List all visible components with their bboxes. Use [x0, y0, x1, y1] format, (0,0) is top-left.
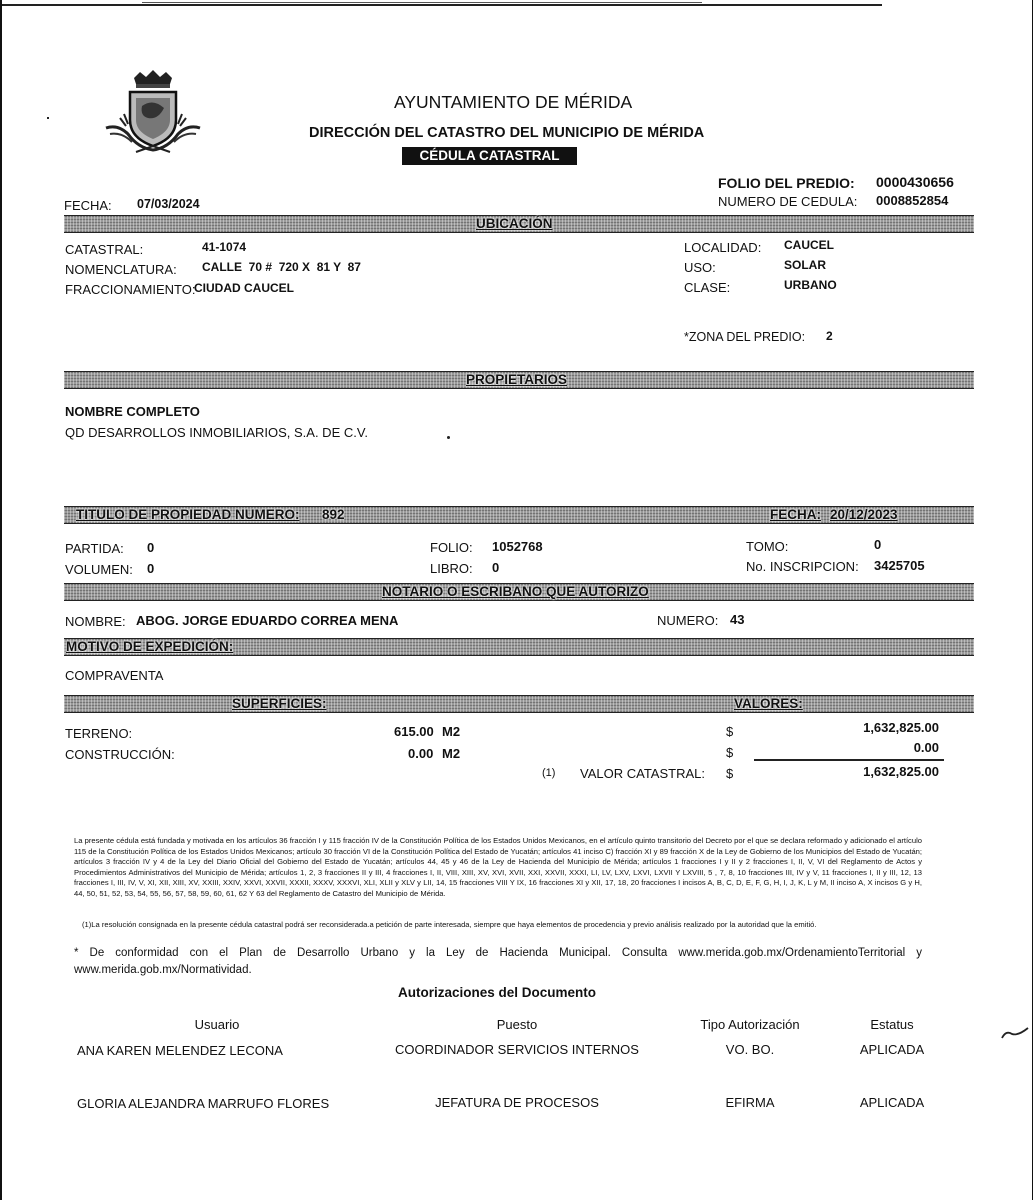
terreno-unit: M2: [442, 724, 460, 739]
folio-predio-label: FOLIO DEL PREDIO:: [718, 175, 855, 191]
fraccionamiento-label: FRACCIONAMIENTO:: [65, 282, 196, 297]
legal-reconsideracion: (1)La resolución consignada en la presen…: [74, 920, 922, 931]
clase-value: URBANO: [784, 278, 837, 292]
row-tipo: VO. BO.: [680, 1042, 820, 1057]
numero-cedula-value: 0008852854: [876, 193, 948, 208]
column-header-puesto: Puesto: [442, 1017, 592, 1032]
document-title: CÉDULA CATASTRAL: [402, 147, 577, 165]
tomo-value: 0: [874, 537, 881, 552]
section-title-motivo: MOTIVO DE EXPEDICIÓN:: [66, 639, 233, 655]
fecha-value: 07/03/2024: [137, 197, 200, 211]
section-title-ubicacion: UBICACIÓN: [476, 216, 553, 232]
legal-conformidad: * De conformidad con el Plan de Desarrol…: [74, 945, 922, 979]
construccion-area: 0.00: [408, 746, 433, 761]
construccion-currency: $: [726, 745, 733, 760]
inscripcion-label: No. INSCRIPCION:: [746, 559, 859, 574]
autorizaciones-title: Autorizaciones del Documento: [398, 985, 596, 1000]
row-puesto: JEFATURA DE PROCESOS: [367, 1095, 667, 1110]
row-estatus: APLICADA: [832, 1095, 952, 1110]
column-header-tipo: Tipo Autorización: [680, 1017, 820, 1032]
fecha-label: FECHA:: [64, 198, 112, 213]
section-band-notario: NOTARIO O ESCRIBANO QUE AUTORIZO: [64, 583, 974, 601]
row-tipo: EFIRMA: [680, 1095, 820, 1110]
legal-fundamento: La presente cédula está fundada y motiva…: [74, 836, 922, 900]
motivo-value: COMPRAVENTA: [65, 668, 163, 683]
uso-value: SOLAR: [784, 258, 826, 272]
volumen-label: VOLUMEN:: [65, 562, 133, 577]
partida-value: 0: [147, 540, 154, 555]
terreno-area: 615.00: [394, 724, 434, 739]
section-title-valores: VALORES:: [734, 696, 803, 712]
section-band-superficies: SUPERFICIES: VALORES:: [64, 695, 974, 713]
coat-of-arms-icon: [98, 68, 208, 158]
construccion-label: CONSTRUCCIÓN:: [65, 747, 175, 762]
clase-label: CLASE:: [684, 280, 730, 295]
titulo-propiedad-numero: 892: [322, 507, 345, 523]
partida-label: PARTIDA:: [65, 541, 124, 556]
valor-catastral-currency: $: [726, 766, 733, 781]
valor-catastral-label: VALOR CATASTRAL:: [580, 766, 705, 781]
folio-predio-value: 0000430656: [876, 174, 954, 190]
propietario-nombre: QD DESARROLLOS INMOBILIARIOS, S.A. DE C.…: [65, 425, 368, 440]
terreno-valor: 1,632,825.00: [863, 720, 939, 735]
section-band-ubicacion: UBICACIÓN: [64, 215, 974, 233]
institution-name: AYUNTAMIENTO DE MÉRIDA: [394, 92, 632, 113]
titulo-fecha-value: 20/12/2023: [830, 507, 898, 523]
numero-cedula-label: NUMERO DE CEDULA:: [718, 194, 857, 209]
valor-catastral-note-ref: (1): [542, 767, 555, 779]
construccion-valor: 0.00: [914, 740, 939, 755]
row-usuario: ANA KAREN MELENDEZ LECONA: [77, 1043, 283, 1058]
localidad-label: LOCALIDAD:: [684, 240, 761, 255]
titulo-fecha-label: FECHA:: [770, 507, 821, 523]
nomenclatura-value: CALLE 70 # 720 X 81 Y 87: [202, 260, 361, 274]
notario-numero-label: NUMERO:: [657, 613, 718, 628]
section-title-propietarios: PROPIETARIOS: [466, 372, 567, 388]
section-band-motivo: MOTIVO DE EXPEDICIÓN:: [64, 638, 974, 656]
zona-predio-label: *ZONA DEL PREDIO:: [684, 330, 805, 344]
inscripcion-value: 3425705: [874, 558, 925, 573]
column-header-usuario: Usuario: [142, 1017, 292, 1032]
zona-predio-value: 2: [826, 329, 833, 343]
department-name: DIRECCIÓN DEL CATASTRO DEL MUNICIPIO DE …: [309, 125, 704, 141]
column-header-estatus: Estatus: [832, 1017, 952, 1032]
row-usuario: GLORIA ALEJANDRA MARRUFO FLORES: [77, 1096, 329, 1111]
scan-edge-line: [2, 4, 882, 6]
folio-value: 1052768: [492, 539, 543, 554]
construccion-unit: M2: [442, 746, 460, 761]
nomenclatura-label: NOMENCLATURA:: [65, 262, 177, 277]
notario-nombre-value: ABOG. JORGE EDUARDO CORREA MENA: [136, 613, 398, 628]
volumen-value: 0: [147, 561, 154, 576]
folio-label: FOLIO:: [430, 540, 473, 555]
tomo-label: TOMO:: [746, 539, 788, 554]
scan-speck: [47, 117, 49, 119]
catastral-label: CATASTRAL:: [65, 242, 143, 257]
section-title-superficies: SUPERFICIES:: [232, 696, 327, 712]
sum-rule: [754, 759, 944, 761]
titulo-propiedad-label: TITULO DE PROPIEDAD NUMERO:: [76, 507, 300, 523]
uso-label: USO:: [684, 260, 716, 275]
terreno-currency: $: [726, 724, 733, 739]
fraccionamiento-value: CIUDAD CAUCEL: [194, 281, 294, 295]
cedula-catastral-page: AYUNTAMIENTO DE MÉRIDA DIRECCIÓN DEL CAT…: [0, 0, 1033, 1200]
libro-label: LIBRO:: [430, 561, 473, 576]
localidad-value: CAUCEL: [784, 238, 834, 252]
notario-nombre-label: NOMBRE:: [65, 614, 126, 629]
terreno-label: TERRENO:: [65, 726, 132, 741]
nombre-completo-label: NOMBRE COMPLETO: [65, 404, 200, 419]
section-band-titulo: TITULO DE PROPIEDAD NUMERO: 892 FECHA: 2…: [64, 506, 974, 524]
row-puesto: COORDINADOR SERVICIOS INTERNOS: [367, 1042, 667, 1057]
pen-mark-icon: [1000, 1024, 1032, 1042]
valor-catastral-value: 1,632,825.00: [863, 764, 939, 779]
section-title-notario: NOTARIO O ESCRIBANO QUE AUTORIZO: [382, 584, 649, 600]
scan-speck: [447, 436, 450, 439]
notario-numero-value: 43: [730, 612, 744, 627]
libro-value: 0: [492, 560, 499, 575]
scan-edge-line: [142, 2, 702, 3]
catastral-value: 41-1074: [202, 240, 246, 254]
section-band-propietarios: PROPIETARIOS: [64, 371, 974, 389]
row-estatus: APLICADA: [832, 1042, 952, 1057]
